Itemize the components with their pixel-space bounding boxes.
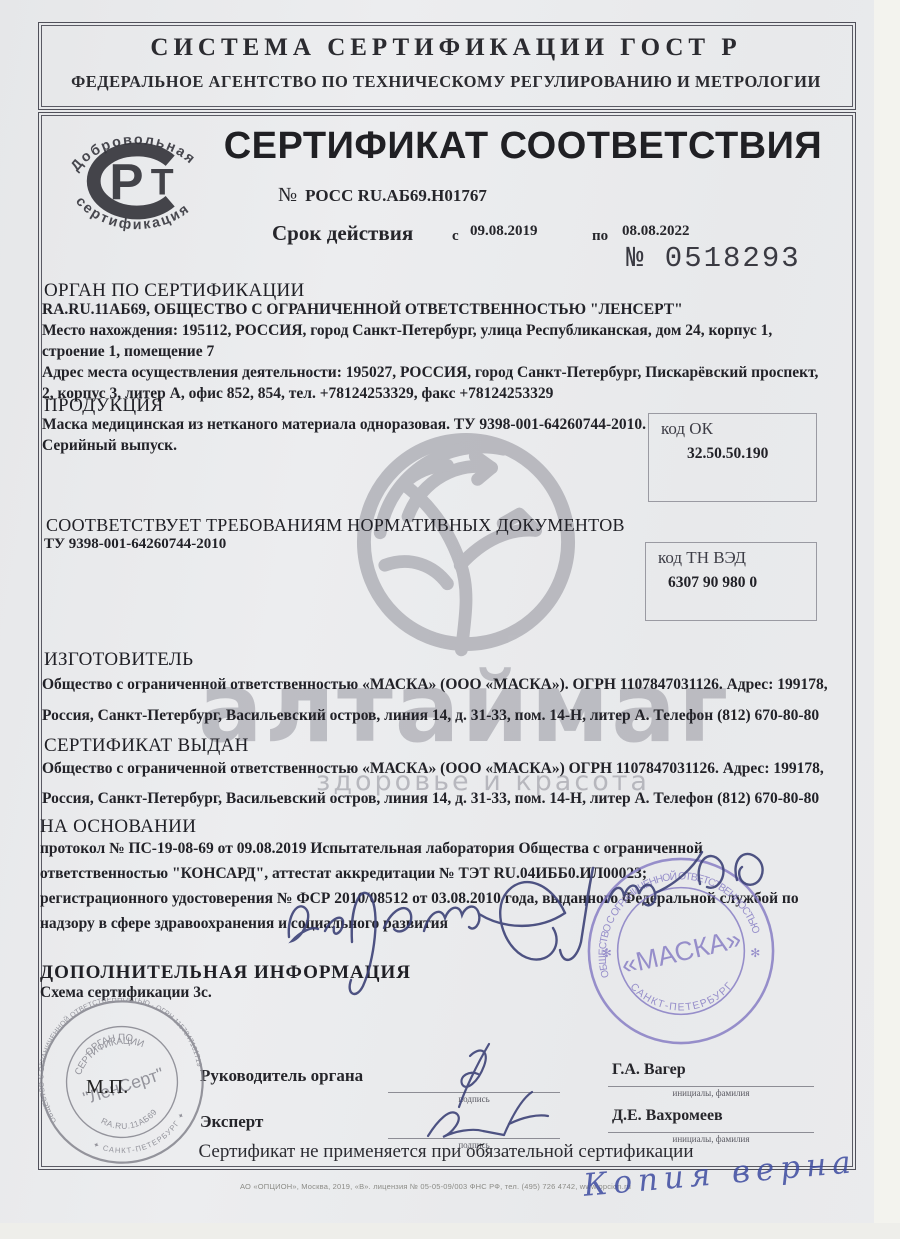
- basis-line: регистрационного удостоверения № ФСР 201…: [40, 886, 799, 911]
- scan-edge: [874, 0, 900, 1239]
- signature-line: [388, 1092, 560, 1093]
- manufacturer-line: Россия, Санкт-Петербург, Васильевский ос…: [42, 700, 828, 731]
- code-tnved-label: код ТН ВЭД: [658, 548, 746, 568]
- validity-label: Срок действия: [272, 221, 413, 246]
- manufacturer-heading: ИЗГОТОВИТЕЛЬ: [44, 649, 193, 671]
- certificate-page: СИСТЕМА СЕРТИФИКАЦИИ ГОСТ Р ФЕДЕРАЛЬНОЕ …: [0, 0, 900, 1239]
- validity-to-label: по: [592, 228, 608, 245]
- code-ok-box: код ОК 32.50.50.190: [648, 413, 817, 502]
- validity-from-label: с: [452, 228, 459, 245]
- rst-logo-icon: Добровольная сертификация Р Т: [58, 114, 216, 244]
- issued-body: Общество с ограниченной ответственностью…: [42, 754, 824, 814]
- cert-number-row: №РОСС RU.АБ69.Н01767: [278, 184, 487, 207]
- doc-title: СЕРТИФИКАТ СООТВЕТСТВИЯ: [220, 125, 826, 168]
- tree-watermark-icon: [350, 426, 582, 658]
- manufacturer-body: Общество с ограниченной ответственностью…: [42, 669, 828, 731]
- rst-letter-t: Т: [151, 161, 174, 203]
- code-ok-label: код ОК: [661, 419, 713, 439]
- compliance-heading: СООТВЕТСТВУЕТ ТРЕБОВАНИЯМ НОРМАТИВНЫХ ДО…: [46, 515, 625, 536]
- manufacturer-line: Общество с ограниченной ответственностью…: [42, 669, 828, 700]
- agency-title: ФЕДЕРАЛЬНОЕ АГЕНТСТВО ПО ТЕХНИЧЕСКОМУ РЕ…: [38, 72, 854, 92]
- system-title: СИСТЕМА СЕРТИФИКАЦИИ ГОСТ Р: [38, 34, 854, 62]
- issued-line: Общество с ограниченной ответственностью…: [42, 754, 824, 784]
- organ-body: RA.RU.11АБ69, ОБЩЕСТВО С ОГРАНИЧЕННОЙ ОТ…: [42, 299, 818, 404]
- basis-line: надзору в сфере здравоохранения и социал…: [40, 911, 799, 936]
- additional-heading: ДОПОЛНИТЕЛЬНАЯ ИНФОРМАЦИЯ: [40, 962, 411, 984]
- cert-number: РОСС RU.АБ69.Н01767: [305, 186, 487, 205]
- validity-to-date: 08.08.2022: [622, 223, 690, 240]
- compliance-line: ТУ 9398-001-64260744-2010: [44, 534, 226, 555]
- name-line: [608, 1132, 814, 1133]
- product-line: Маска медицинская из нетканого материала…: [42, 414, 646, 435]
- mp-mark: М.П.: [86, 1076, 128, 1099]
- code-tnved-box: код ТН ВЭД 6307 90 980 0: [645, 542, 817, 621]
- organ-line: Адрес места осуществления деятельности: …: [42, 362, 818, 383]
- organ-line: RA.RU.11АБ69, ОБЩЕСТВО С ОГРАНИЧЕННОЙ ОТ…: [42, 299, 818, 320]
- compliance-body: ТУ 9398-001-64260744-2010: [44, 534, 226, 555]
- basis-heading: НА ОСНОВАНИИ: [40, 816, 196, 838]
- issued-line: Россия, Санкт-Петербург, Васильевский ос…: [42, 784, 824, 814]
- organ-line: строение 1, помещение 7: [42, 341, 818, 362]
- validity-from-date: 09.08.2019: [470, 223, 538, 240]
- organ-line: Место нахождения: 195112, РОССИЯ, город …: [42, 320, 818, 341]
- code-ok-value: 32.50.50.190: [687, 445, 768, 463]
- name-line: [608, 1086, 814, 1087]
- product-body: Маска медицинская из нетканого материала…: [42, 414, 646, 456]
- scan-edge: [0, 1223, 900, 1239]
- code-tnved-value: 6307 90 980 0: [668, 574, 757, 592]
- rst-letter-r: Р: [109, 154, 143, 211]
- name-caption: инициалы, фамилия: [608, 1088, 814, 1098]
- blank-number: № 0518293: [626, 242, 801, 275]
- number-sign: №: [278, 184, 297, 206]
- product-line: Серийный выпуск.: [42, 435, 646, 456]
- additional-body: Схема сертификации 3с.: [40, 982, 212, 1003]
- head-name: Г.А. Вагер: [612, 1061, 686, 1079]
- basis-body: протокол № ПС-19-08-69 от 09.08.2019 Исп…: [40, 836, 799, 936]
- additional-line: Схема сертификации 3с.: [40, 982, 212, 1003]
- signature-caption: подпись: [388, 1094, 560, 1104]
- expert-name: Д.Е. Вахромеев: [612, 1107, 723, 1125]
- role-expert: Эксперт: [200, 1112, 263, 1132]
- signature-line: [388, 1138, 560, 1139]
- role-head-of-body: Руководитель органа: [200, 1066, 363, 1086]
- basis-line: протокол № ПС-19-08-69 от 09.08.2019 Исп…: [40, 836, 799, 861]
- basis-line: ответственностью "КОНСАРД", аттестат акк…: [40, 861, 799, 886]
